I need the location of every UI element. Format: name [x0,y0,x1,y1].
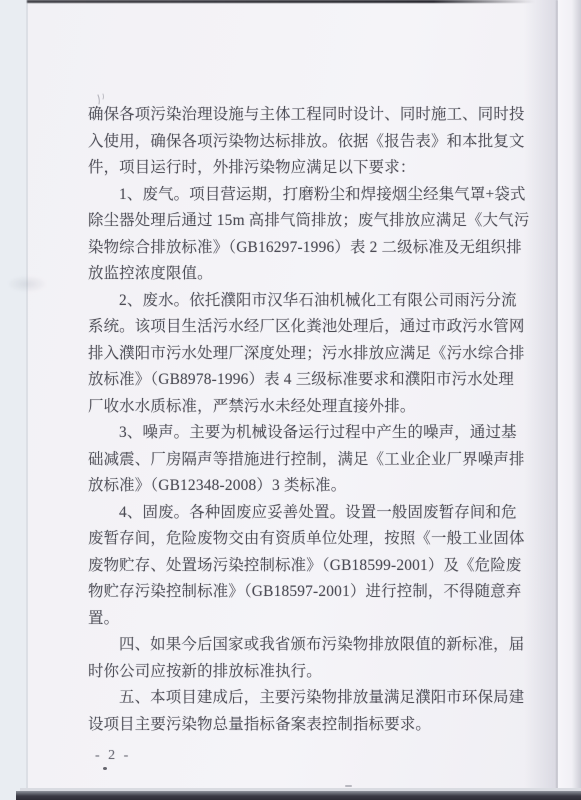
text-line: 础减震、厂房隔声等措施进行控制，满足《工业企业厂界噪声排 [88,447,512,474]
text-line: 系统。该项目生活污水经厂区化粪池处理后，通过市政污水管网 [88,314,512,341]
text-line: 放标准》（GB8978-1996）表 4 三级标准要求和濮阳市污水处理 [88,367,512,394]
text-line: 2、废水。依托濮阳市汉华石油机械化工有限公司雨污分流 [88,288,512,315]
scan-top-edge [27,0,535,3]
paper-left-edge [26,0,28,792]
margin-smudge [8,276,46,292]
text-line: 4、固废。各种固废应妥善处置。设置一般固废暂存间和危 [88,500,512,527]
text-line: 入使用，确保各项污染物达标排放。依据《报告表》和本批复文 [88,129,512,156]
text-line: 物贮存污染控制标准》（GB18597-2001）进行控制，不得随意弃 [88,579,512,606]
text-line: 四、如果今后国家或我省颁布污染物排放限值的新标准，届 [88,632,512,659]
scanned-document-page: 确保各项污染治理设施与主体工程同时设计、同时施工、同时投入使用，确保各项污染物达… [0,0,581,800]
text-line: 3、噪声。主要为机械设备运行过程中产生的噪声，通过基 [88,420,512,447]
text-line: 确保各项污染治理设施与主体工程同时设计、同时施工、同时投 [88,102,512,129]
text-line: 五、本项目建成后，主要污染物排放量满足濮阳市环保局建 [88,685,512,712]
text-line: 件，项目运行时，外排污染物应满足以下要求： [88,155,512,182]
text-line: 除尘器处理后通过 15m 高排气筒排放；废气排放应满足《大气污 [88,208,512,235]
text-line: 设项目主要污染物总量指标备案表控制指标要求。 [88,712,512,739]
ink-dot [103,767,107,770]
scan-bottom-edge [16,791,581,800]
page-fold-shadow [524,0,557,792]
pencil-mark [95,92,109,108]
text-line: 厂收水水质标准，严禁污水未经处理直接外排。 [88,394,512,421]
text-line: 废物贮存、处置场污染控制标准》（GB18599-2001）及《危险废 [88,553,512,580]
scan-right-edge [558,0,581,792]
text-line: 放标准》（GB12348-2008）3 类标准。 [88,473,512,500]
page-number: - 2 - [95,748,131,764]
text-line: 放监控浓度限值。 [88,261,512,288]
text-line: 排入濮阳市污水处理厂深度处理；污水排放应满足《污水综合排 [88,341,512,368]
document-text: 确保各项污染治理设施与主体工程同时设计、同时施工、同时投入使用，确保各项污染物达… [88,102,512,738]
text-line: 废暂存间，危险废物交由有资质单位处理，按照《一般工业固体 [88,526,512,553]
scan-speck [345,785,352,787]
text-line: 染物综合排放标准》（GB16297-1996）表 2 二级标准及无组织排 [88,235,512,262]
text-line: 1、废气。项目营运期，打磨粉尘和焊接烟尘经集气罩+袋式 [88,182,512,209]
text-line: 时你公司应按新的排放标准执行。 [88,659,512,686]
text-line: 置。 [88,606,512,633]
